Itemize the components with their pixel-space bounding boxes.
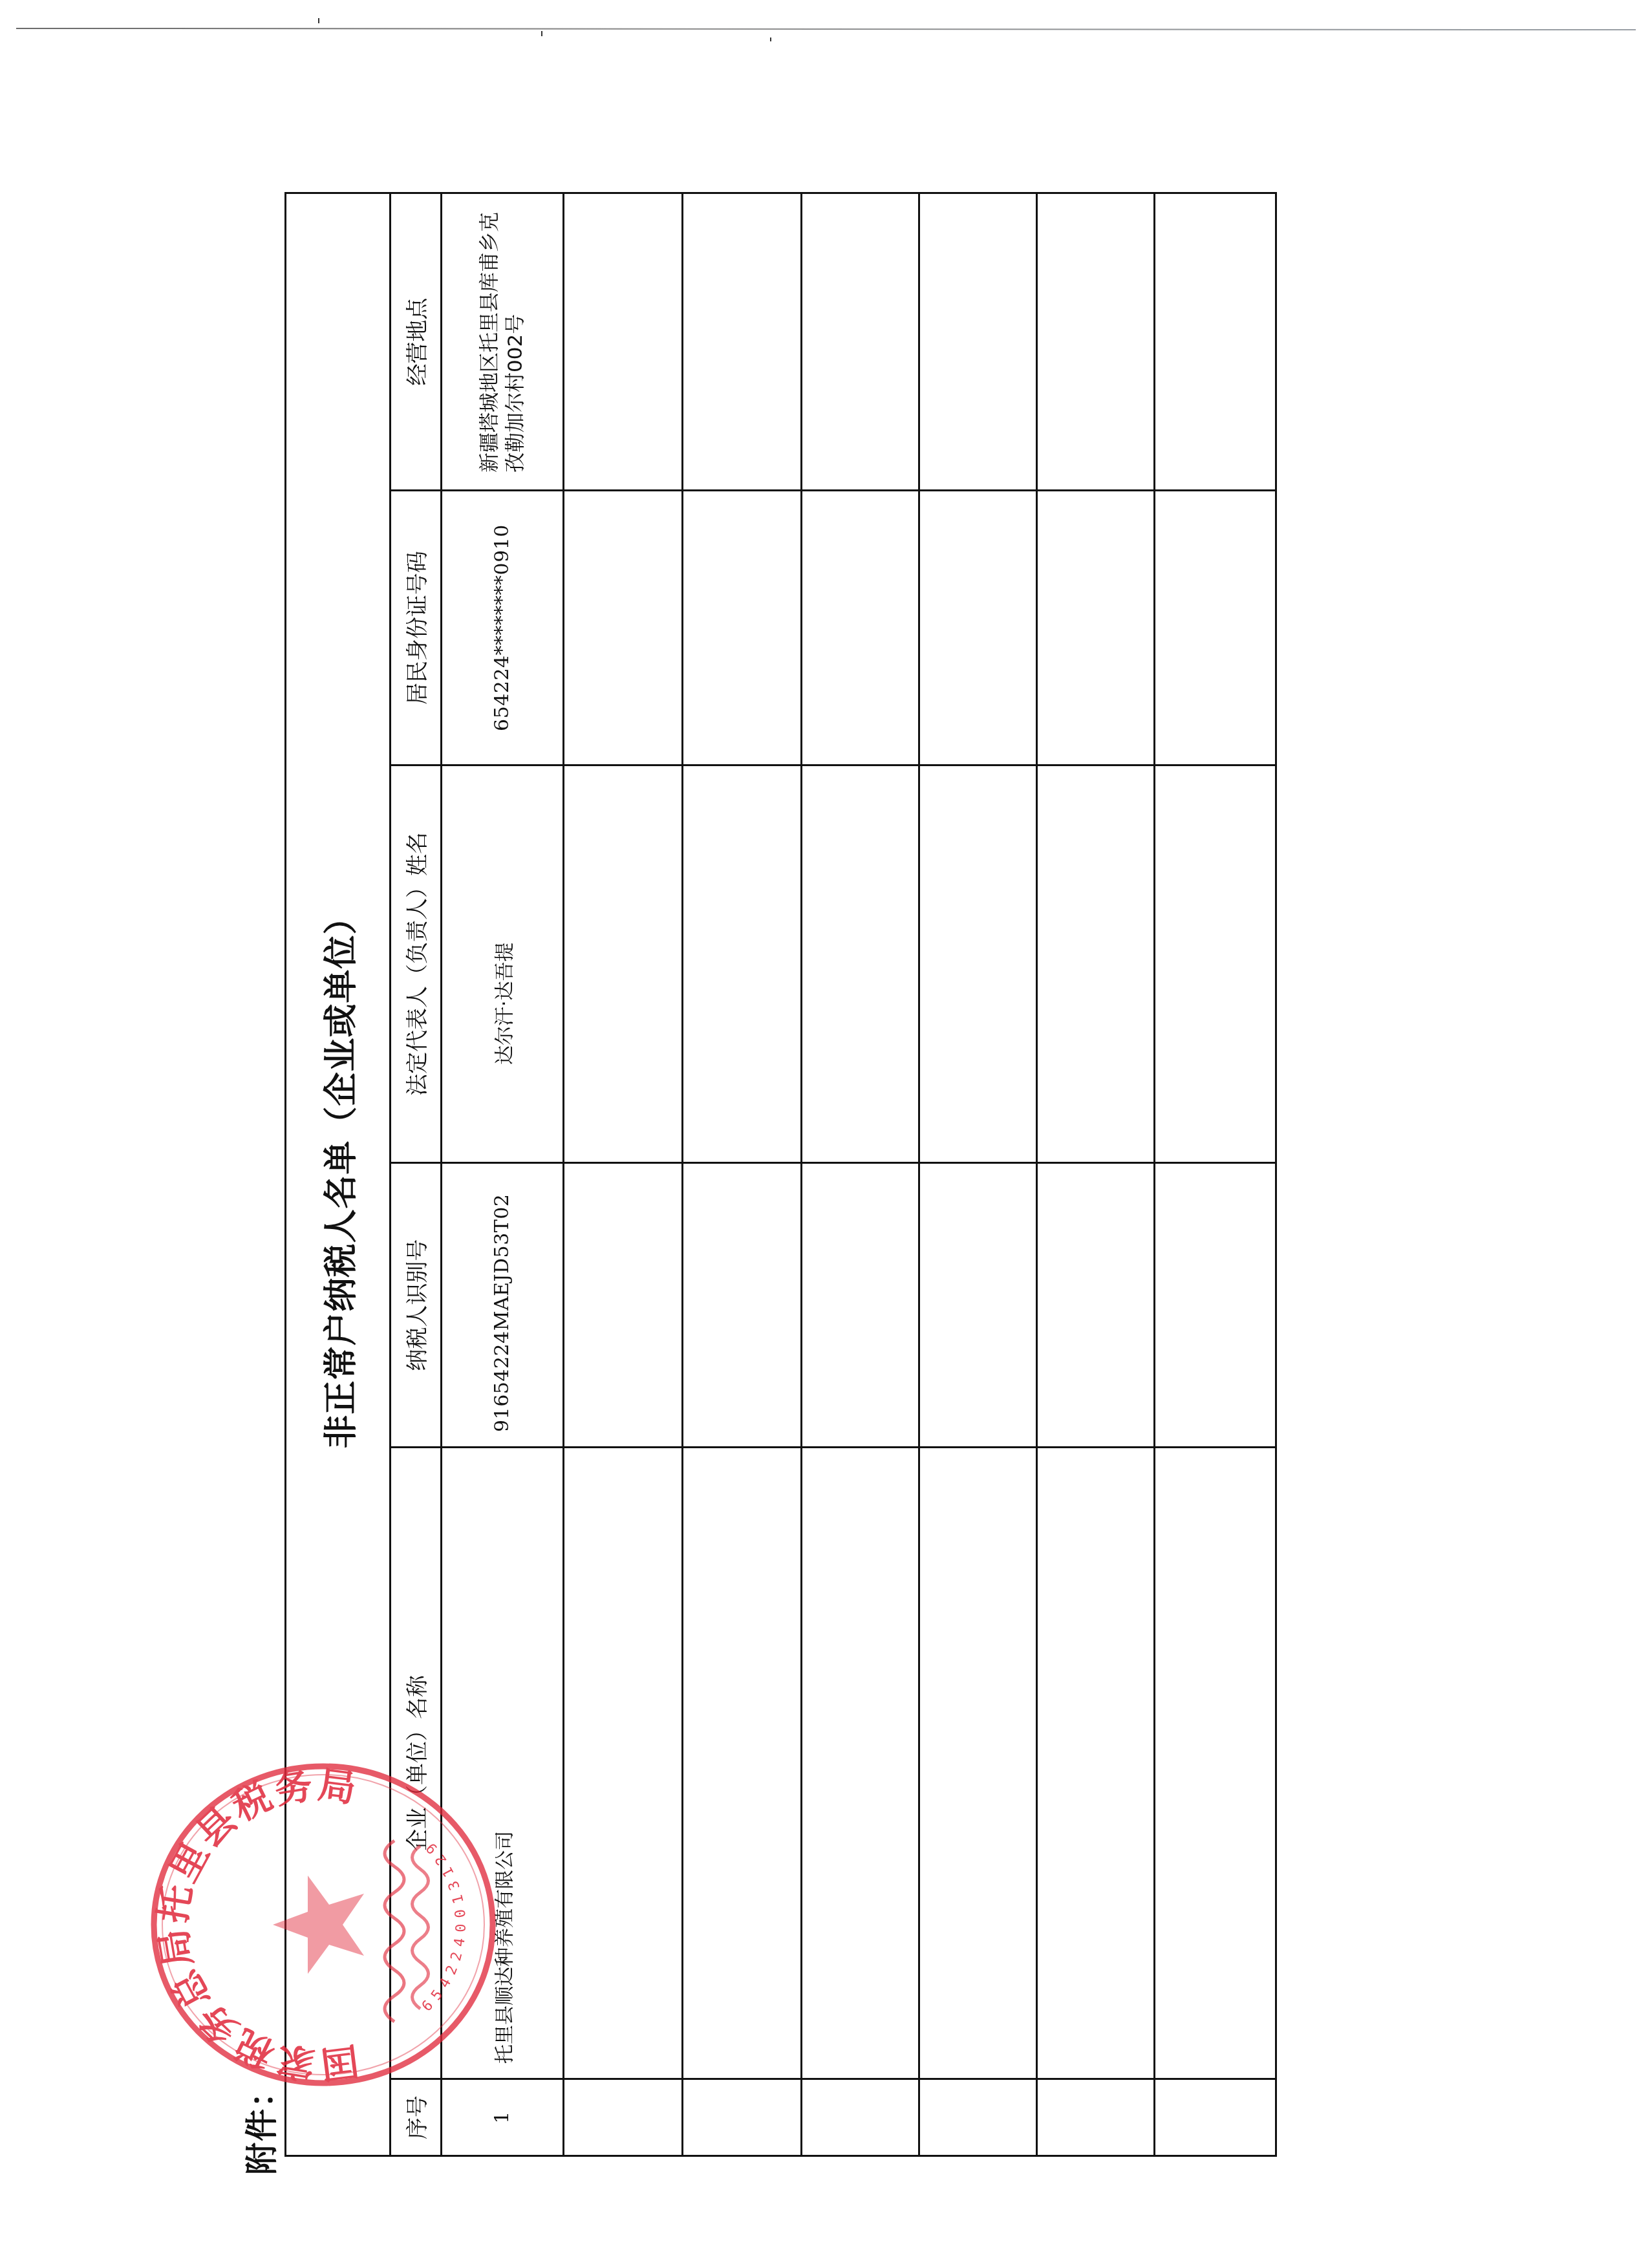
rotated-document-sheet: 附件： 非正常户纳税人名单（企业或单位） 序号 企业（单位）名称 纳税人识别号 … [284,194,1277,2157]
scanner-artifact-line [16,28,1636,30]
header-index: 序号 [390,2079,441,2156]
taxpayer-id [801,1163,919,1448]
table-row [1154,193,1276,2156]
header-row: 序号 企业（单位）名称 纳税人识别号 法定代表人（负责人）姓名 居民身份证号码 … [390,193,441,2156]
legal-representative [682,765,801,1163]
legal-representative [563,765,682,1163]
business-address [682,193,801,490]
company-name [563,1448,682,2079]
id-number [682,491,801,765]
legal-representative [1036,765,1154,1163]
scanner-speck [541,31,542,36]
row-index [1154,2079,1276,2156]
scanner-speck [770,37,771,41]
company-name [1154,1448,1276,2079]
header-legal-representative: 法定代表人（负责人）姓名 [390,765,441,1163]
id-number [563,491,682,765]
legal-representative [1154,765,1276,1163]
page-title: 非正常户纳税人名单（企业或单位） [286,193,391,2156]
row-index: 1 [441,2079,563,2156]
table-row: 1 托里县顺达种养殖有限公司 91654224MAEJD53T02 达尔汗·达吾… [441,193,563,2156]
scanner-speck [318,18,319,23]
id-number [1036,491,1154,765]
company-name: 托里县顺达种养殖有限公司 [441,1448,563,2079]
row-index [801,2079,919,2156]
table-row [563,193,682,2156]
id-number [801,491,919,765]
header-id-number: 居民身份证号码 [390,491,441,765]
taxpayer-id [1154,1163,1276,1448]
taxpayer-id [682,1163,801,1448]
business-address [563,193,682,490]
taxpayer-id [919,1163,1036,1448]
taxpayer-id [1036,1163,1154,1448]
company-name [682,1448,801,2079]
id-number [1154,491,1276,765]
company-name [1036,1448,1154,2079]
legal-representative: 达尔汗·达吾提 [441,765,563,1163]
attachment-label: 附件： [236,2074,283,2175]
table-row [1036,193,1154,2156]
header-taxpayer-id: 纳税人识别号 [390,1163,441,1448]
header-address: 经营地点 [390,193,441,490]
taxpayer-id [563,1163,682,1448]
business-address [1036,193,1154,490]
business-address [919,193,1036,490]
row-index [1036,2079,1154,2156]
legal-representative [801,765,919,1163]
row-index [919,2079,1036,2156]
title-row: 非正常户纳税人名单（企业或单位） [286,193,391,2156]
company-name [919,1448,1036,2079]
id-number: 654224********0910 [441,491,563,765]
taxpayer-table: 非正常户纳税人名单（企业或单位） 序号 企业（单位）名称 纳税人识别号 法定代表… [284,192,1277,2157]
header-company-name: 企业（单位）名称 [390,1448,441,2079]
table-row [919,193,1036,2156]
legal-representative [919,765,1036,1163]
business-address: 新疆塔城地区托里县库甫乡克孜勒加尔村002号 [441,193,563,490]
id-number [919,491,1036,765]
company-name [801,1448,919,2079]
row-index [563,2079,682,2156]
business-address [801,193,919,490]
taxpayer-id: 91654224MAEJD53T02 [441,1163,563,1448]
table-row [682,193,801,2156]
business-address [1154,193,1276,490]
row-index [682,2079,801,2156]
table-row [801,193,919,2156]
